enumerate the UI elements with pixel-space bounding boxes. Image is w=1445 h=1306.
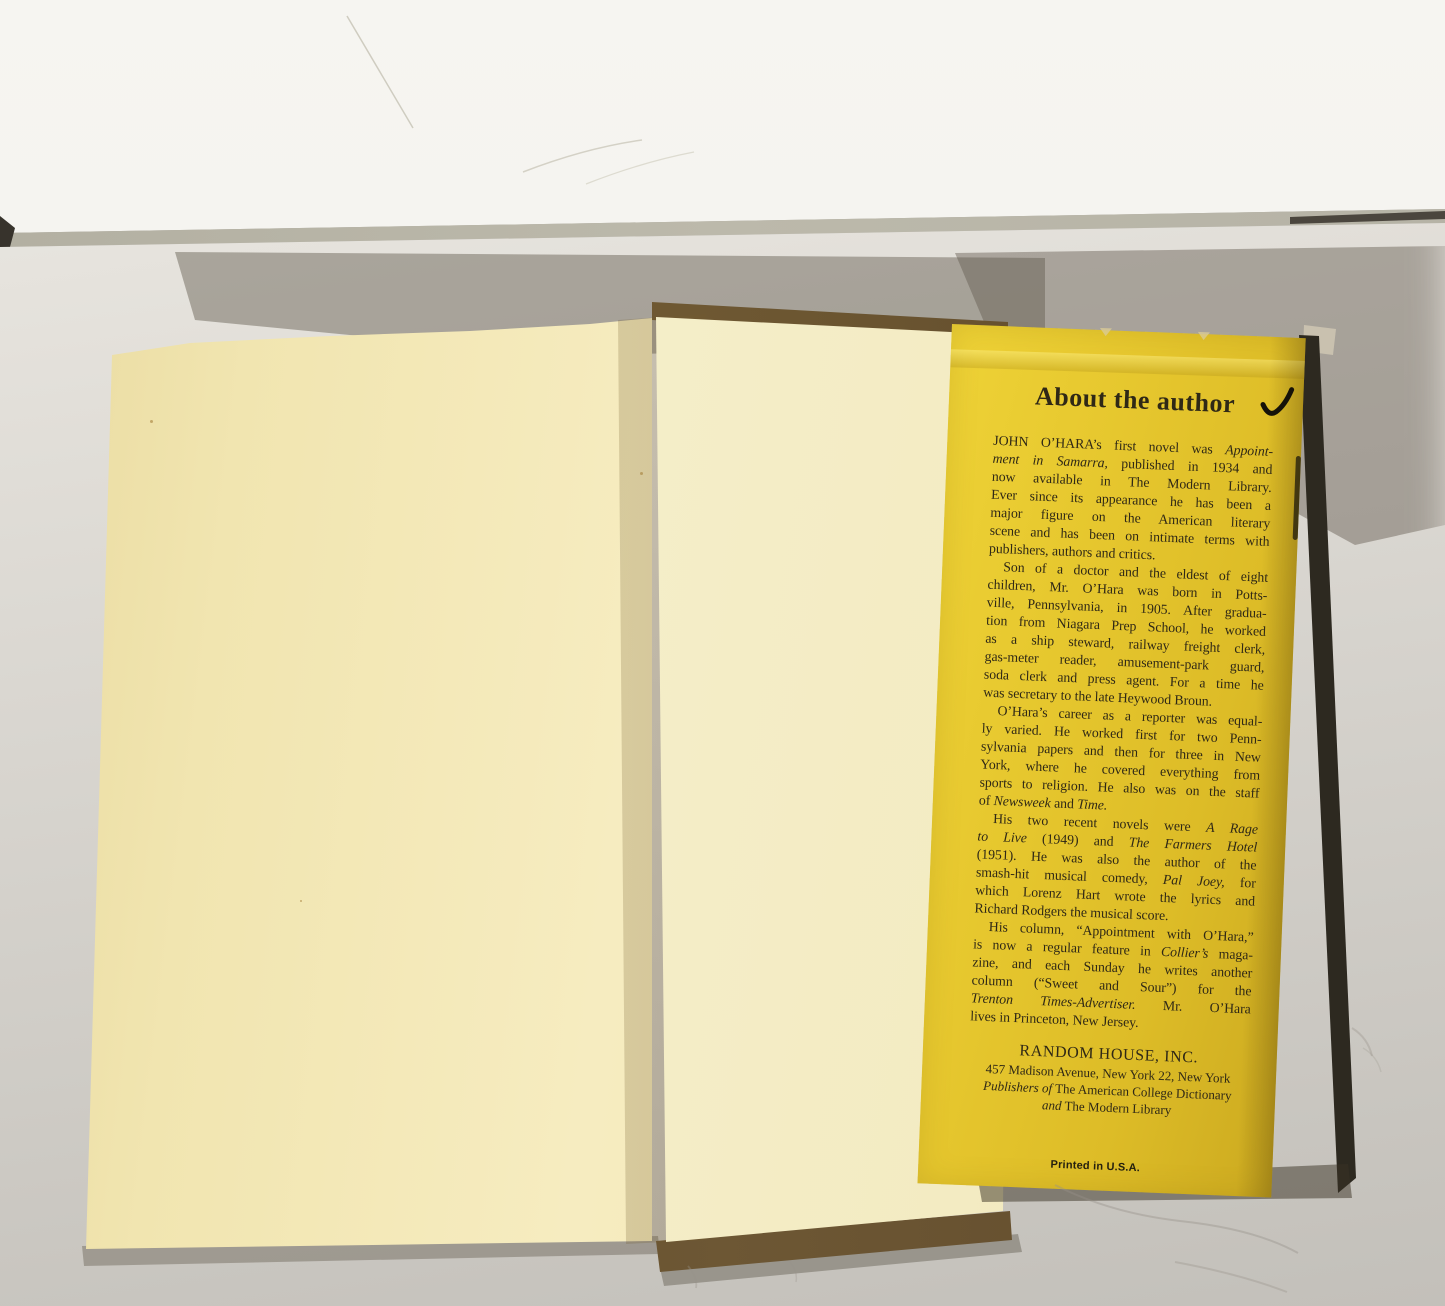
- book-photo: About the author JOHN O’HARA’s first nov…: [0, 0, 1445, 1306]
- surface-scuffs: [0, 0, 1445, 1306]
